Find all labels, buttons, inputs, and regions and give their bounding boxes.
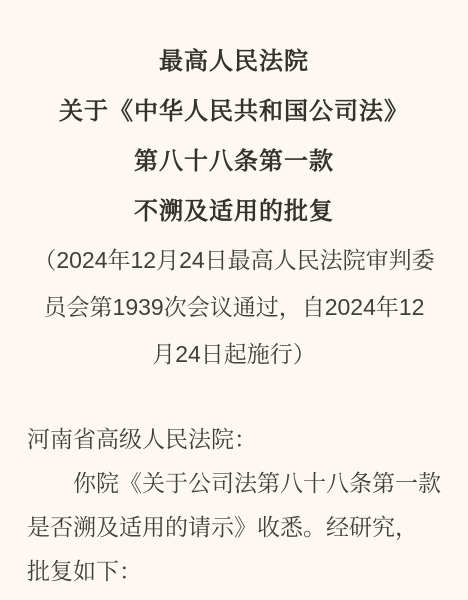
enactment-note-line: 员会第1939次会议通过，自2024年12 [27, 284, 441, 331]
legal-document-page: 最高人民法院 关于《中华人民共和国公司法》 第八十八条第一款 不溯及适用的批复 … [0, 0, 468, 600]
document-body: 河南省高级人民法院： 你院《关于公司法第八十八条第一款 是否溯及适用的请示》收悉… [27, 417, 441, 593]
title-line-court: 最高人民法院 [27, 37, 441, 87]
body-paragraph: 你院《关于公司法第八十八条第一款 是否溯及适用的请示》收悉。经研究， 批复如下： [27, 461, 441, 593]
body-paragraph-line: 批复如下： [27, 549, 441, 593]
body-paragraph-line: 你院《关于公司法第八十八条第一款 [27, 461, 441, 505]
document-title: 最高人民法院 关于《中华人民共和国公司法》 第八十八条第一款 不溯及适用的批复 [27, 37, 441, 237]
enactment-note-line: 月24日起施行） [27, 331, 441, 378]
enactment-note-line: （2024年12月24日最高人民法院审判委 [27, 237, 441, 284]
title-line-article: 第八十八条第一款 [27, 137, 441, 187]
title-line-law: 关于《中华人民共和国公司法》 [27, 87, 441, 137]
title-line-subject: 不溯及适用的批复 [27, 187, 441, 237]
enactment-note: （2024年12月24日最高人民法院审判委 员会第1939次会议通过，自2024… [27, 237, 441, 378]
body-paragraph-line: 是否溯及适用的请示》收悉。经研究， [27, 505, 441, 549]
salutation: 河南省高级人民法院： [27, 417, 441, 461]
